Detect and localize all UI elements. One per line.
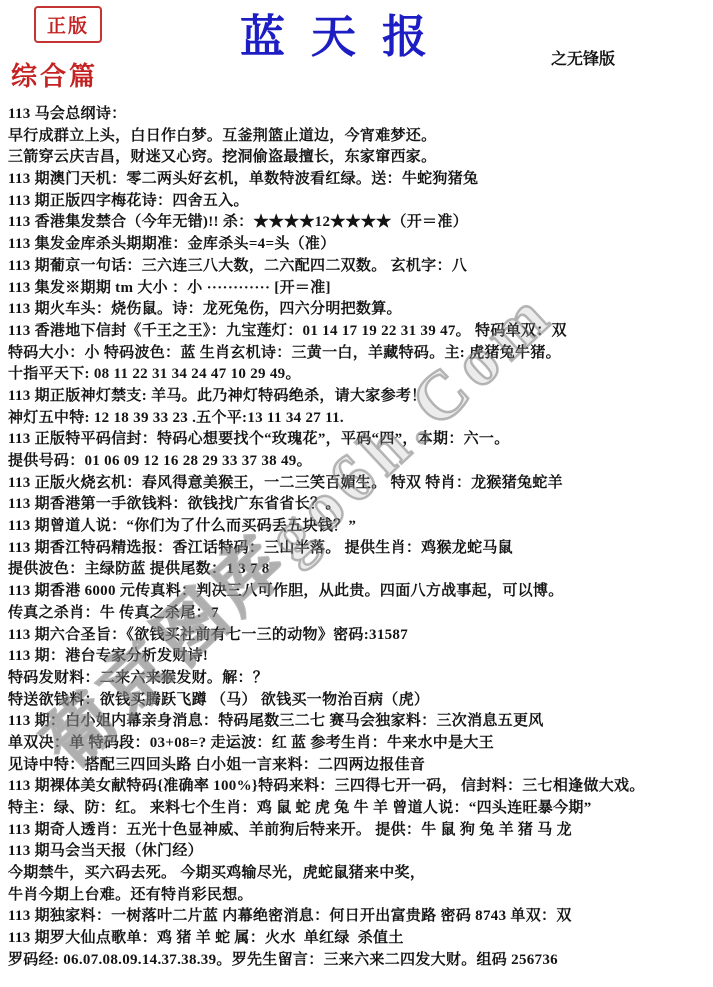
text-line: 113 集发※期期 tm 大小 ：小 ············ [开＝准] [8, 278, 711, 300]
text-line: 113 期香江特码精选报：香江话特码：三山半落。 提供生肖：鸡猴龙蛇马鼠 [8, 538, 711, 560]
text-line: 单双决：单 特码段：03+08=? 走运波：红 蓝 参考生肖：牛来水中是大王 [8, 733, 711, 755]
text-line: 113 香港地下信封《千王之王》：九宝莲灯：01 14 17 19 22 31 … [8, 321, 711, 343]
text-line: 113 期六合圣旨：《欲钱买社前有七一三的动物》密码:31587 [8, 625, 711, 647]
text-line: 113 正版特平码信封：特码心想要找个“玫瑰花”，平码“四”，本期：六一。 [8, 429, 711, 451]
text-line: 牛肖今期上台难。还有特肖彩民想。 [8, 885, 711, 907]
text-line: 见诗中特：搭配三四回头路 白小姐一言来料：二四两边报佳音 [8, 755, 711, 777]
text-line: 113 期曾道人说：“你们为了什么而买码丢五块钱？” [8, 516, 711, 538]
text-line: 特码发财料：二来六来猴发财。解：？ [8, 668, 711, 690]
page-title: 蓝天报 [240, 0, 453, 65]
text-line: 113 期：港台专家分析发财诗! [8, 646, 711, 668]
text-line: 113 期香港第一手欲钱料：欲钱找广东省省长？。 [8, 494, 711, 516]
text-line: 113 集发金库杀头期期准：金库杀头=4=头（准） [8, 234, 711, 256]
text-line: 113 期奇人透肖：五光十色显神威、羊前狗后特来开。 提供：牛 鼠 狗 兔 羊 … [8, 820, 711, 842]
text-line: 113 正版火烧玄机：春风得意美猴王，一二三笑百媚生。 特双 特肖：龙猴猪兔蛇羊 [8, 473, 711, 495]
text-line: 113 期正版神灯禁支: 羊马。此乃神灯特码绝杀，请大家参考！ [8, 386, 711, 408]
text-line: 113 期香港 6000 元传真料：判决三八可作胆，从此贵。四面八方战事起，可以… [8, 581, 711, 603]
text-line: 113 期正版四字梅花诗：四舍五入。 [8, 191, 711, 213]
text-line: 传真之杀肖：牛 传真之杀尾：7 [8, 603, 711, 625]
text-line: 早行成群立上头，白日作白梦。互釜荆篮止道边，今宵难梦还。 [8, 126, 711, 148]
section-heading: 综合篇 [11, 56, 98, 93]
text-line: 113 期罗大仙点歌单：鸡 猪 羊 蛇 属：火水 单红绿 杀值土 [8, 928, 711, 950]
text-line: 罗码经: 06.07.08.09.14.37.38.39。罗先生留言：三来六来二… [8, 950, 711, 972]
text-line: 神灯五中特: 12 18 39 33 23 .五个平:13 11 34 27 1… [8, 408, 711, 430]
text-line: 特送欲钱料：欲钱买腾跃飞蹲 （马） 欲钱买一物治百病（虎） [8, 690, 711, 712]
text-line: 113 马会总纲诗： [8, 104, 711, 126]
text-line: 113 期葡京一句话：三六连三八大数，二六配四二双数。 玄机字：八 [8, 256, 711, 278]
text-line: 三箭穿云庆吉昌，财迷又心窍。挖洞偷盗最擅长，东家窜西家。 [8, 147, 711, 169]
edition-label: 之无锋版 [551, 46, 615, 69]
text-line: 提供号码：01 06 09 12 16 28 29 33 37 38 49。 [8, 451, 711, 473]
text-line: 113 期裸体美女献特码{准确率 100%}特码来料：三四得七开一码， 信封料：… [8, 776, 711, 798]
text-line: 今期禁牛，买六码去死。 今期买鸡输尽光，虎蛇鼠猪来中奖， [8, 863, 711, 885]
text-line: 特码大小：小 特码波色：蓝 生肖玄机诗：三黄一白，羊藏特码。主: 虎猪兔牛猪。 [8, 343, 711, 365]
text-line: 113 期马会当天报（休门经） [8, 841, 711, 863]
text-line: 113 期独家料：一树落叶二片蓝 内幕绝密消息：何日开出富贵路 密码 8743 … [8, 906, 711, 928]
authenticity-badge: 正版 [34, 6, 102, 43]
body-text: 113 马会总纲诗：早行成群立上头，白日作白梦。互釜荆篮止道边，今宵难梦还。三箭… [8, 104, 711, 972]
text-line: 113 期：白小姐内幕亲身消息：特码尾数三二七 赛马会独家料：三次消息五更风 [8, 711, 711, 733]
text-line: 十指平天下: 08 11 22 31 34 24 47 10 29 49。 [8, 364, 711, 386]
text-line: 113 香港集发禁合（今年无错)!! 杀：★★★★12★★★★（开＝准） [8, 212, 711, 234]
text-line: 提供波色：主绿防蓝 提供尾数：1 3 7 8 [8, 559, 711, 581]
text-line: 113 期火车头：烧伤鼠。诗：龙死兔伤，四六分明把数算。 [8, 299, 711, 321]
text-line: 113 期澳门天机：零二两头好玄机，单数特波看红绿。送：牛蛇狗猪兔 [8, 169, 711, 191]
text-line: 特主：绿、防：红。 来料七个生肖：鸡 鼠 蛇 虎 兔 牛 羊 曾道人说：“四头连… [8, 798, 711, 820]
